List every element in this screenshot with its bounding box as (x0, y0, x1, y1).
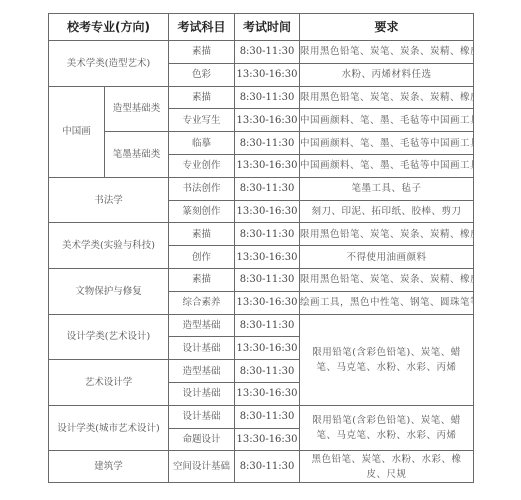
subject-cell: 素描 (169, 41, 235, 64)
subject-cell: 造型基础 (169, 360, 235, 383)
requirement-cell: 笔墨工具、毡子 (300, 177, 474, 200)
time-cell: 13:30-16:30 (235, 154, 300, 177)
table-row: 设计学类(艺术设计) 造型基础 8:30-11:30 限用铅笔(含彩色铅笔)、炭… (49, 314, 474, 337)
time-cell: 8:30-11:30 (235, 314, 300, 337)
table-row: 中国画 造型基础类 素描 8:30-11:30 限用黑色铅笔、炭笔、炭条、炭精、… (49, 86, 474, 109)
requirement-cell: 水粉、丙烯材料任选 (300, 63, 474, 86)
requirement-cell: 绘画工具，黑色中性笔、钢笔、圆珠笔等 (300, 291, 474, 314)
time-cell: 8:30-11:30 (235, 451, 300, 483)
table-row: 美术学类(实验与科技) 素描 8:30-11:30 限用黑色铅笔、炭笔、炭条、炭… (49, 223, 474, 246)
major-cell: 文物保护与修复 (49, 268, 169, 314)
time-cell: 8:30-11:30 (235, 132, 300, 155)
major-cell: 书法学 (49, 177, 169, 223)
subject-cell: 命题设计 (169, 428, 235, 451)
time-cell: 13:30-16:30 (235, 109, 300, 132)
requirement-cell: 限用黑色铅笔、炭笔、炭条、炭精、橡皮 (300, 41, 474, 64)
subject-cell: 综合素养 (169, 291, 235, 314)
header-requirements: 要求 (300, 14, 474, 41)
subject-cell: 创作 (169, 246, 235, 269)
header-subject: 考试科目 (169, 14, 235, 41)
time-cell: 13:30-16:30 (235, 382, 300, 405)
major-cell: 设计学类(城市艺术设计) (49, 405, 169, 451)
subject-cell: 素描 (169, 86, 235, 109)
subject-cell: 空间设计基础 (169, 451, 235, 483)
table-row: 美术学类(造型艺术) 素描 8:30-11:30 限用黑色铅笔、炭笔、炭条、炭精… (49, 41, 474, 64)
subject-cell: 素描 (169, 223, 235, 246)
sub-major-cell: 笔墨基础类 (105, 132, 169, 178)
requirement-cell: 限用铅笔(含彩色铅笔)、炭笔、蜡笔、马克笔、水粉、水彩、丙烯 (300, 405, 474, 451)
header-time: 考试时间 (235, 14, 300, 41)
requirement-cell: 中国画颜料、笔、墨、毛毡等中国画工具 (300, 132, 474, 155)
time-cell: 13:30-16:30 (235, 63, 300, 86)
time-cell: 13:30-16:30 (235, 291, 300, 314)
time-cell: 13:30-16:30 (235, 428, 300, 451)
table-row: 建筑学 空间设计基础 8:30-11:30 黑色铅笔、炭笔、水粉、水彩、橡皮、尺… (49, 451, 474, 483)
subject-cell: 专业创作 (169, 154, 235, 177)
subject-cell: 临摹 (169, 132, 235, 155)
sub-major-cell: 造型基础类 (105, 86, 169, 132)
requirement-cell: 中国画颜料、笔、墨、毛毡等中国画工具 (300, 109, 474, 132)
time-cell: 8:30-11:30 (235, 86, 300, 109)
requirement-cell: 限用黑色铅笔、炭笔、炭条、炭精、橡皮 (300, 268, 474, 291)
subject-cell: 书法创作 (169, 177, 235, 200)
header-row: 校考专业(方向) 考试科目 考试时间 要求 (49, 14, 474, 41)
subject-cell: 造型基础 (169, 314, 235, 337)
time-cell: 8:30-11:30 (235, 41, 300, 64)
requirement-cell: 限用黑色铅笔、炭笔、炭条、炭精、橡皮 (300, 223, 474, 246)
requirement-cell: 刻刀、印泥、拓印纸、胶棒、剪刀 (300, 200, 474, 223)
exam-schedule-table: 校考专业(方向) 考试科目 考试时间 要求 美术学类(造型艺术) 素描 8:30… (48, 13, 474, 483)
time-cell: 8:30-11:30 (235, 405, 300, 428)
requirement-cell: 黑色铅笔、炭笔、水粉、水彩、橡皮、尺规 (300, 451, 474, 483)
major-cell: 建筑学 (49, 451, 169, 483)
subject-cell: 设计基础 (169, 382, 235, 405)
time-cell: 8:30-11:30 (235, 268, 300, 291)
requirement-cell: 中国画颜料、笔、墨、毛毡等中国画工具 (300, 154, 474, 177)
time-cell: 8:30-11:30 (235, 223, 300, 246)
major-cell: 美术学类(实验与科技) (49, 223, 169, 269)
time-cell: 13:30-16:30 (235, 337, 300, 360)
requirement-cell: 限用铅笔(含彩色铅笔)、炭笔、蜡笔、马克笔、水粉、水彩、丙烯 (300, 314, 474, 405)
time-cell: 13:30-16:30 (235, 200, 300, 223)
table-row: 笔墨基础类 临摹 8:30-11:30 中国画颜料、笔、墨、毛毡等中国画工具 (49, 132, 474, 155)
subject-cell: 专业写生 (169, 109, 235, 132)
table-row: 设计学类(城市艺术设计) 设计基础 8:30-11:30 限用铅笔(含彩色铅笔)… (49, 405, 474, 428)
time-cell: 8:30-11:30 (235, 360, 300, 383)
table-row: 书法学 书法创作 8:30-11:30 笔墨工具、毡子 (49, 177, 474, 200)
major-cell: 美术学类(造型艺术) (49, 41, 169, 87)
subject-cell: 篆刻创作 (169, 200, 235, 223)
header-major: 校考专业(方向) (49, 14, 169, 41)
requirement-cell: 不得使用油画颜料 (300, 246, 474, 269)
table-row: 文物保护与修复 素描 8:30-11:30 限用黑色铅笔、炭笔、炭条、炭精、橡皮 (49, 268, 474, 291)
time-cell: 8:30-11:30 (235, 177, 300, 200)
major-cell: 中国画 (49, 86, 105, 177)
subject-cell: 素描 (169, 268, 235, 291)
time-cell: 13:30-16:30 (235, 246, 300, 269)
subject-cell: 设计基础 (169, 337, 235, 360)
subject-cell: 色彩 (169, 63, 235, 86)
subject-cell: 设计基础 (169, 405, 235, 428)
major-cell: 设计学类(艺术设计) (49, 314, 169, 360)
major-cell: 艺术设计学 (49, 360, 169, 406)
requirement-cell: 限用黑色铅笔、炭笔、炭条、炭精、橡皮 (300, 86, 474, 109)
